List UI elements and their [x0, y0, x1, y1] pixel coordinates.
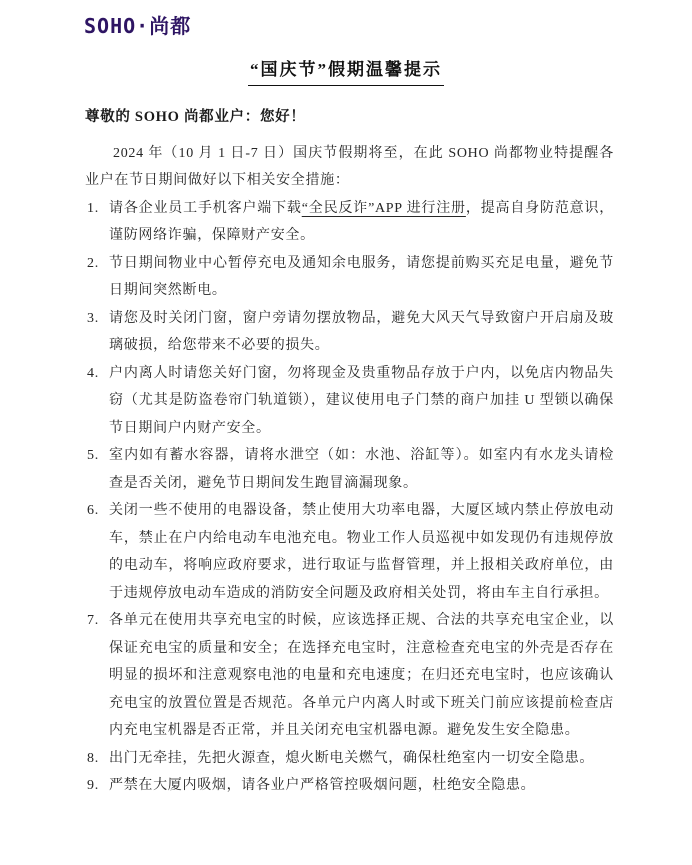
list-item: 8. 出门无牵挂，先把火源查，熄火断电关燃气，确保杜绝室内一切安全隐患。	[85, 745, 614, 773]
list-item: 1. 请各企业员工手机客户端下载“全民反诈”APP 进行注册，提高自身防范意识，…	[85, 195, 614, 250]
list-item-number: 2.	[85, 250, 109, 278]
list-item-number: 6.	[85, 497, 109, 525]
greeting-line: 尊敬的 SOHO 尚都业户：您好！	[85, 104, 614, 132]
list-item-number: 5.	[85, 442, 109, 470]
list-item: 5. 室内如有蓄水容器，请将水泄空（如：水池、浴缸等）。如室内有水龙头请检查是否…	[85, 442, 614, 497]
list-item-text: 关闭一些不使用的电器设备，禁止使用大功率电器，大厦区域内禁止停放电动车，禁止在户…	[109, 497, 614, 607]
list-item-number: 8.	[85, 745, 109, 773]
list-item: 3. 请您及时关闭门窗，窗户旁请勿摆放物品，避免大风天气导致窗户开启扇及玻璃破损…	[85, 305, 614, 360]
list-item: 4. 户内离人时请您关好门窗，勿将现金及贵重物品存放于户内，以免店内物品失窃（尤…	[85, 360, 614, 443]
list-item: 7. 各单元在使用共享充电宝的时候，应该选择正规、合法的共享充电宝企业，以保证充…	[85, 607, 614, 745]
underlined-text: “全民反诈”APP 进行注册	[302, 201, 466, 216]
list-item-number: 1.	[85, 195, 109, 223]
title-row: “国庆节”假期温馨提示	[0, 55, 692, 86]
list-item-text: 室内如有蓄水容器，请将水泄空（如：水池、浴缸等）。如室内有水龙头请检查是否关闭，…	[109, 442, 614, 497]
list-item-number: 7.	[85, 607, 109, 635]
list-item-text: 节日期间物业中心暂停充电及通知余电服务，请您提前购买充足电量，避免节日期间突然断…	[109, 250, 614, 305]
list-item: 9. 严禁在大厦内吸烟，请各业户严格管控吸烟问题，杜绝安全隐患。	[85, 772, 614, 800]
document-page: SOHO·尚都 “国庆节”假期温馨提示 尊敬的 SOHO 尚都业户：您好！ 20…	[0, 0, 692, 865]
list-item-text: 出门无牵挂，先把火源查，熄火断电关燃气，确保杜绝室内一切安全隐患。	[109, 745, 614, 773]
list-item: 2. 节日期间物业中心暂停充电及通知余电服务，请您提前购买充足电量，避免节日期间…	[85, 250, 614, 305]
list-item-number: 9.	[85, 772, 109, 800]
list-item-number: 3.	[85, 305, 109, 333]
list-item-text: 户内离人时请您关好门窗，勿将现金及贵重物品存放于户内，以免店内物品失窃（尤其是防…	[109, 360, 614, 443]
list-item: 6. 关闭一些不使用的电器设备，禁止使用大功率电器，大厦区域内禁止停放电动车，禁…	[85, 497, 614, 607]
notice-title: “国庆节”假期温馨提示	[248, 55, 444, 86]
intro-paragraph: 2024 年（10 月 1 日-7 日）国庆节假期将至，在此 SOHO 尚都物业…	[85, 140, 614, 195]
list-item-text: 各单元在使用共享充电宝的时候，应该选择正规、合法的共享充电宝企业，以保证充电宝的…	[109, 607, 614, 745]
soho-shangdu-logo: SOHO·尚都	[84, 10, 191, 39]
list-item-text: 请各企业员工手机客户端下载“全民反诈”APP 进行注册，提高自身防范意识，谨防网…	[109, 195, 614, 250]
safety-measures-list: 1. 请各企业员工手机客户端下载“全民反诈”APP 进行注册，提高自身防范意识，…	[85, 195, 614, 800]
list-item-text-pre: 请各企业员工手机客户端下载	[109, 201, 302, 216]
notice-body: 尊敬的 SOHO 尚都业户：您好！ 2024 年（10 月 1 日-7 日）国庆…	[85, 104, 614, 800]
list-item-number: 4.	[85, 360, 109, 388]
list-item-text: 请您及时关闭门窗，窗户旁请勿摆放物品，避免大风天气导致窗户开启扇及玻璃破损，给您…	[109, 305, 614, 360]
list-item-text: 严禁在大厦内吸烟，请各业户严格管控吸烟问题，杜绝安全隐患。	[109, 772, 614, 800]
